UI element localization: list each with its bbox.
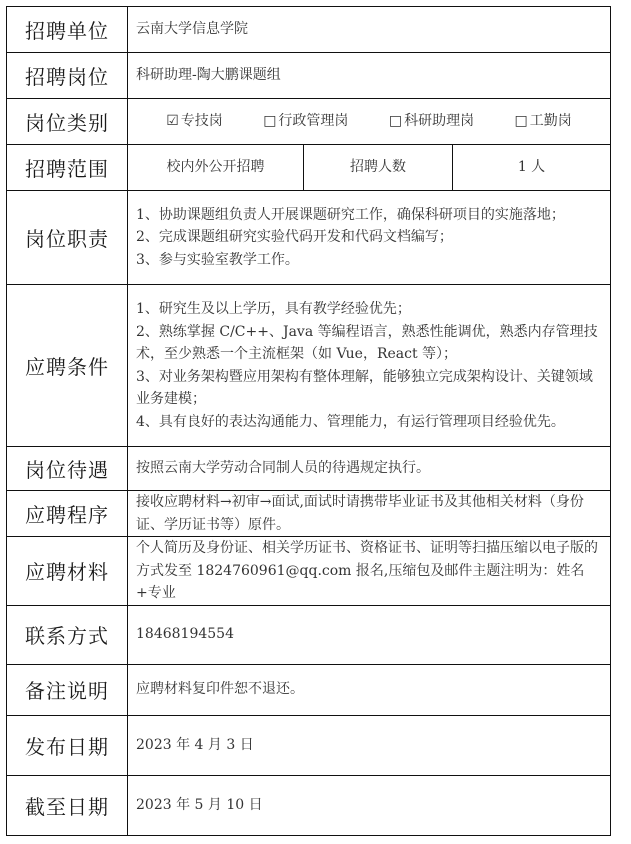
- value-unit: 云南大学信息学院: [128, 7, 611, 53]
- value-materials: 个人简历及身份证、相关学历证书、资格证书、证明等扫描压缩以电子版的方式发至 18…: [128, 537, 611, 606]
- label-benefits: 岗位待遇: [7, 447, 128, 491]
- row-unit: 招聘单位 云南大学信息学院: [7, 7, 611, 53]
- requirement-line: 1、研究生及以上学历，具有教学经验优先；: [136, 298, 602, 321]
- label-deadline: 截至日期: [7, 775, 128, 835]
- row-materials: 应聘材料 个人简历及身份证、相关学历证书、资格证书、证明等扫描压缩以电子版的方式…: [7, 537, 611, 606]
- checkbox-unchecked-icon[interactable]: □: [389, 110, 402, 133]
- category-option-research-assistant[interactable]: □ 科研助理岗: [389, 110, 474, 133]
- category-option-label: 工勤岗: [530, 110, 572, 133]
- category-option-label: 行政管理岗: [278, 110, 348, 133]
- category-option-service[interactable]: □ 工勤岗: [515, 110, 572, 133]
- label-position: 招聘岗位: [7, 53, 128, 99]
- label-headcount: 招聘人数: [304, 145, 453, 191]
- row-position: 招聘岗位 科研助理-陶大鹏课题组: [7, 53, 611, 99]
- category-option-label: 科研助理岗: [404, 110, 474, 133]
- value-notes: 应聘材料复印件恕不退还。: [128, 664, 611, 715]
- requirement-line: 2、熟练掌握 C/C++、Java 等编程语言，熟悉性能调优，熟悉内存管理技术，…: [136, 321, 602, 366]
- duty-line: 2、完成课题组研究实验代码开发和代码文档编写；: [136, 226, 602, 249]
- checkbox-unchecked-icon[interactable]: □: [515, 110, 528, 133]
- row-category: 岗位类别 ☑ 专技岗 □ 行政管理岗 □ 科研助理岗 □ 工勤岗: [7, 99, 611, 145]
- row-benefits: 岗位待遇 按照云南大学劳动合同制人员的待遇规定执行。: [7, 447, 611, 491]
- value-benefits: 按照云南大学劳动合同制人员的待遇规定执行。: [128, 447, 611, 491]
- label-notes: 备注说明: [7, 664, 128, 715]
- label-category: 岗位类别: [7, 99, 128, 145]
- category-option-tech[interactable]: ☑ 专技岗: [166, 110, 223, 133]
- value-requirements: 1、研究生及以上学历，具有教学经验优先； 2、熟练掌握 C/C++、Java 等…: [128, 285, 611, 447]
- duty-line: 3、参与实验室教学工作。: [136, 249, 602, 272]
- requirement-line: 3、对业务架构暨应用架构有整体理解，能够独立完成架构设计、关键领域业务建模；: [136, 366, 602, 411]
- recruitment-form-table: 招聘单位 云南大学信息学院 招聘岗位 科研助理-陶大鹏课题组 岗位类别 ☑ 专技…: [6, 6, 611, 836]
- label-duties: 岗位职责: [7, 191, 128, 285]
- requirement-line: 4、具有良好的表达沟通能力、管理能力，有运行管理项目经验优先。: [136, 411, 602, 434]
- row-procedure: 应聘程序 接收应聘材料→初审→面试,面试时请携带毕业证书及其他相关材料（身份证、…: [7, 491, 611, 537]
- label-contact: 联系方式: [7, 605, 128, 664]
- checkbox-checked-icon[interactable]: ☑: [166, 110, 179, 133]
- category-option-admin[interactable]: □ 行政管理岗: [263, 110, 348, 133]
- label-procedure: 应聘程序: [7, 491, 128, 537]
- label-unit: 招聘单位: [7, 7, 128, 53]
- row-notes: 备注说明 应聘材料复印件恕不退还。: [7, 664, 611, 715]
- category-option-label: 专技岗: [181, 110, 223, 133]
- row-contact: 联系方式 18468194554: [7, 605, 611, 664]
- row-requirements: 应聘条件 1、研究生及以上学历，具有教学经验优先； 2、熟练掌握 C/C++、J…: [7, 285, 611, 447]
- value-position: 科研助理-陶大鹏课题组: [128, 53, 611, 99]
- value-deadline: 2023 年 5 月 10 日: [128, 775, 611, 835]
- row-duties: 岗位职责 1、协助课题组负责人开展课题研究工作，确保科研项目的实施落地； 2、完…: [7, 191, 611, 285]
- row-scope: 招聘范围 校内外公开招聘 招聘人数 1 人: [7, 145, 611, 191]
- checkbox-unchecked-icon[interactable]: □: [263, 110, 276, 133]
- category-options: ☑ 专技岗 □ 行政管理岗 □ 科研助理岗 □ 工勤岗: [128, 99, 611, 145]
- label-requirements: 应聘条件: [7, 285, 128, 447]
- value-publish-date: 2023 年 4 月 3 日: [128, 715, 611, 775]
- row-publish-date: 发布日期 2023 年 4 月 3 日: [7, 715, 611, 775]
- value-contact: 18468194554: [128, 605, 611, 664]
- duty-line: 1、协助课题组负责人开展课题研究工作，确保科研项目的实施落地；: [136, 204, 602, 227]
- value-duties: 1、协助课题组负责人开展课题研究工作，确保科研项目的实施落地； 2、完成课题组研…: [128, 191, 611, 285]
- label-materials: 应聘材料: [7, 537, 128, 606]
- label-publish-date: 发布日期: [7, 715, 128, 775]
- value-scope: 校内外公开招聘: [128, 145, 304, 191]
- label-scope: 招聘范围: [7, 145, 128, 191]
- value-headcount: 1 人: [453, 145, 611, 191]
- row-deadline: 截至日期 2023 年 5 月 10 日: [7, 775, 611, 835]
- value-procedure: 接收应聘材料→初审→面试,面试时请携带毕业证书及其他相关材料（身份证、学历证书等…: [128, 491, 611, 537]
